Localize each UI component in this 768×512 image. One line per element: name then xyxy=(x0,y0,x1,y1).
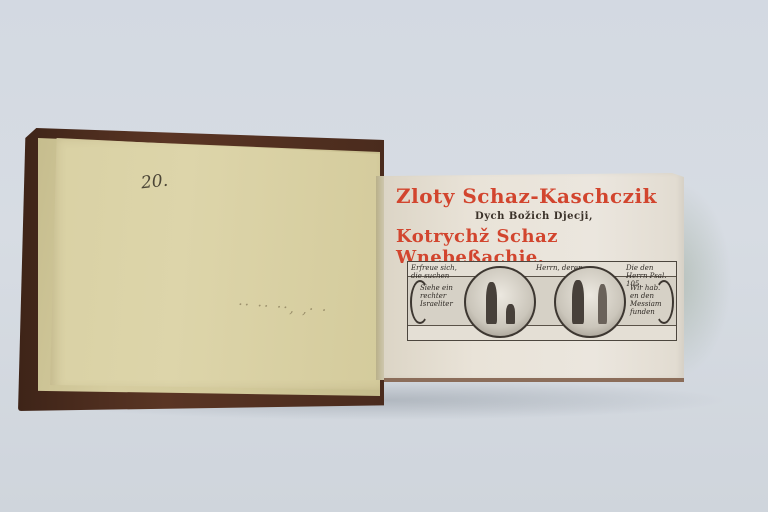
right-medallion xyxy=(554,266,626,338)
title-line-2: Dych Božich Djecji, xyxy=(384,211,684,222)
engraving-top-left-text: Erfreue sich, die suchen xyxy=(411,264,469,280)
flyleaf-page xyxy=(50,138,380,390)
engraving-frieze: Erfreue sich, die suchen Herrn, deren Di… xyxy=(407,261,677,341)
left-medallion xyxy=(464,266,536,338)
title-page: Zloty Schaz-Kaschczik Dych Božich Djecji… xyxy=(384,173,684,379)
right-figure xyxy=(598,284,607,324)
handwritten-number: 20. xyxy=(140,171,169,194)
right-scroll-ornament xyxy=(654,280,674,324)
left-figure xyxy=(572,280,584,324)
kneeling-figure xyxy=(506,304,515,324)
title-line-1: Zloty Schaz-Kaschczik xyxy=(396,184,672,208)
photo-scene: 20. ·· ·· ··, ,· · Zloty Schaz-Kaschczik… xyxy=(0,0,768,512)
left-cartouche-text: Siehe ein rechter Israeliter xyxy=(420,284,460,308)
engraving-bottom-band xyxy=(408,325,676,340)
cover-edge-under-title-page xyxy=(384,378,684,382)
standing-figure xyxy=(486,282,497,324)
